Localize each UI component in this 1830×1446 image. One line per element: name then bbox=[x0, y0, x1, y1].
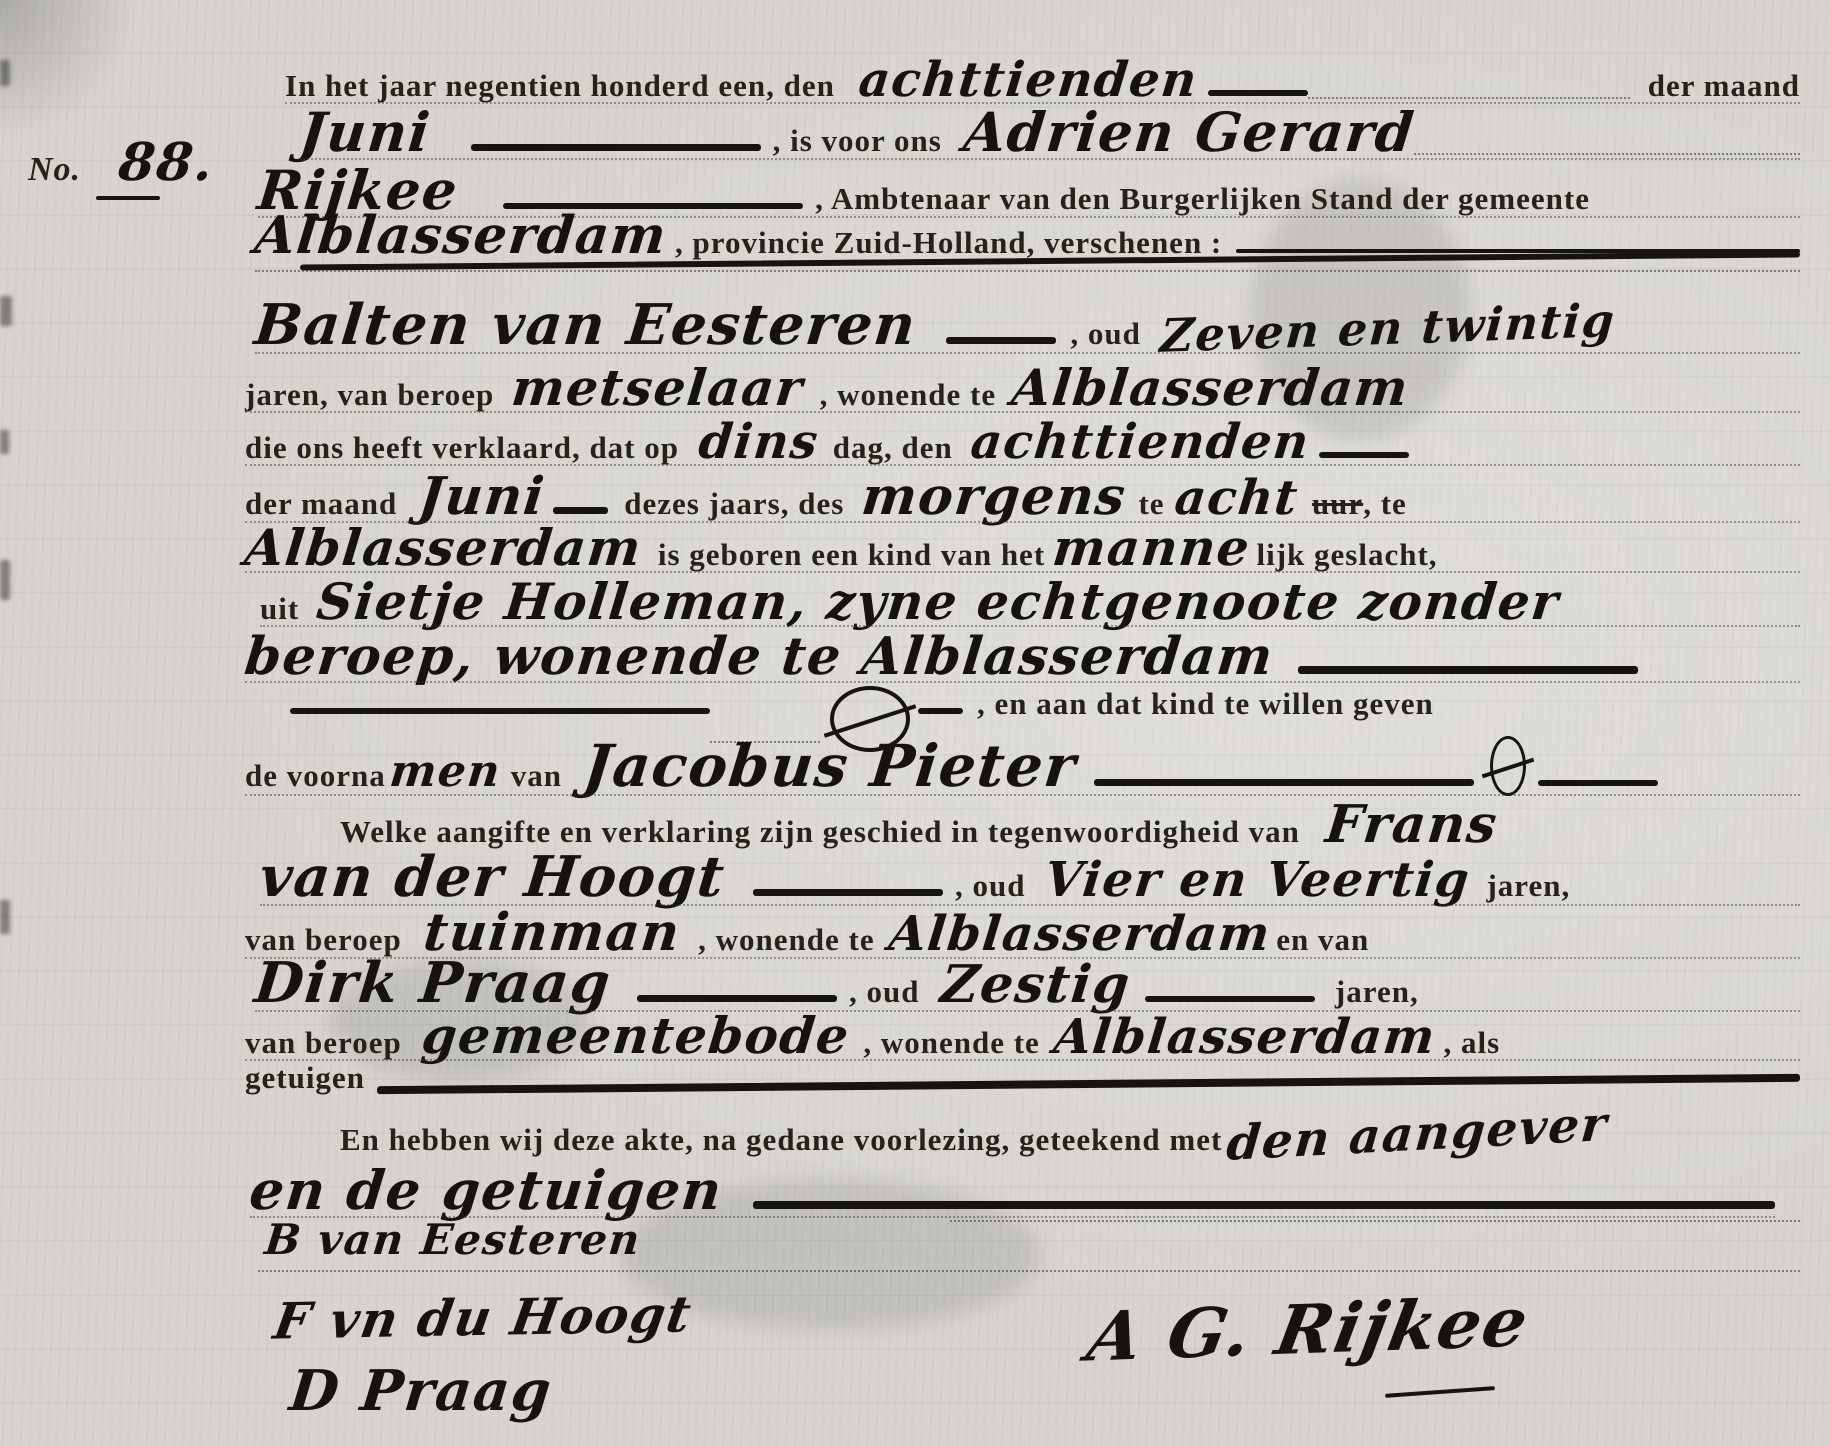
printed-text: dag, den bbox=[833, 430, 953, 466]
form-line-16: van der Hoogt , oud Vier en Veertig jare… bbox=[260, 844, 1800, 910]
edge-bleed-mark bbox=[0, 900, 10, 934]
entry-declarant-name: Balten van Eesteren bbox=[252, 292, 920, 358]
printed-text: , provincie Zuid-Holland, verschenen : bbox=[675, 225, 1222, 261]
ink-stroke bbox=[1145, 996, 1315, 1002]
edge-bleed-mark bbox=[0, 430, 9, 454]
ink-stroke bbox=[1319, 452, 1409, 458]
entry-weekday: dins bbox=[696, 414, 822, 470]
ink-flourish bbox=[1490, 736, 1526, 796]
ink-stroke bbox=[1385, 1386, 1495, 1398]
ink-stroke bbox=[1298, 666, 1638, 674]
printed-text: dezes jaars, des bbox=[624, 486, 844, 522]
printed-text: van beroep bbox=[245, 1025, 402, 1061]
signature-declarant-text: B van Eesteren bbox=[262, 1215, 643, 1264]
printed-text: , als bbox=[1444, 1025, 1501, 1061]
printed-text: die ons heeft verklaard, dat op bbox=[245, 430, 679, 466]
act-number-value: 88. bbox=[116, 132, 217, 193]
birth-certificate-scan: No. 88. In het jaar negentien honderd ee… bbox=[0, 0, 1830, 1446]
ink-stroke bbox=[1538, 780, 1658, 786]
printed-text: , en aan dat kind te willen geven bbox=[977, 686, 1434, 722]
signature-witness1: F vn du Hoogt bbox=[275, 1288, 691, 1347]
entry-month: Juni bbox=[297, 100, 434, 164]
dotted-leader bbox=[1308, 95, 1630, 99]
signature-witness2-text: D Praag bbox=[287, 1358, 556, 1424]
form-line-8: die ons heeft verklaard, dat op dins dag… bbox=[245, 414, 1800, 470]
ink-stroke bbox=[946, 337, 1056, 344]
printed-text: , oud bbox=[849, 974, 919, 1010]
ink-stroke bbox=[553, 507, 608, 514]
form-line-20: getuigen bbox=[245, 1060, 1800, 1096]
signature-registrar-text: A G. Rijkee bbox=[1081, 1282, 1535, 1377]
printed-text: , oud bbox=[955, 868, 1025, 904]
entry-voornamen-correction: men bbox=[387, 746, 503, 797]
ink-stroke bbox=[290, 708, 710, 714]
ink-stroke bbox=[637, 995, 837, 1002]
form-line-12: beroep, wonende te Alblasserdam bbox=[245, 626, 1800, 687]
entry-municipality: Alblasserdam bbox=[252, 205, 670, 266]
printed-text: , oud bbox=[1070, 316, 1140, 352]
ink-stroke bbox=[918, 708, 963, 714]
signature-declarant: B van Eesteren bbox=[265, 1215, 641, 1264]
entry-witness2-residence: Alblasserdam bbox=[1051, 1009, 1439, 1065]
act-number-label: No. bbox=[28, 151, 81, 189]
signature-registrar: A G. Rijkee bbox=[1090, 1290, 1527, 1370]
edge-bleed-mark bbox=[0, 296, 12, 326]
form-line-19: van beroep gemeentebode , wonende te Alb… bbox=[245, 1006, 1800, 1065]
ink-stroke bbox=[471, 144, 761, 151]
dotted-leader bbox=[950, 1218, 1800, 1222]
entry-birth-day: achttienden bbox=[968, 414, 1313, 470]
entry-gender: manne bbox=[1050, 518, 1254, 577]
printed-text: , te bbox=[1363, 486, 1407, 522]
printed-text: te bbox=[1138, 486, 1164, 522]
entry-registrar-first-names: Adrien Gerard bbox=[960, 100, 1417, 164]
form-line-6: Balten van Eesteren , oud Zeven en twint… bbox=[255, 292, 1800, 358]
entry-mother-name: Sietje Holleman, zyne echtgenoote zonder bbox=[314, 572, 1562, 631]
form-line-10: Alblasserdam is geboren een kind van het… bbox=[245, 518, 1800, 577]
printed-text: , is voor ons bbox=[773, 123, 942, 159]
printed-text: En hebben wij deze akte, na gedane voorl… bbox=[340, 1122, 1222, 1158]
ink-stroke bbox=[96, 196, 160, 200]
ink-stroke bbox=[1094, 779, 1474, 786]
form-line-7: jaren, van beroep metselaar , wonende te… bbox=[245, 358, 1800, 417]
entry-declarant-residence: Alblasserdam bbox=[1009, 358, 1412, 417]
printed-text: van bbox=[511, 758, 562, 794]
signature-witness2: D Praag bbox=[290, 1358, 552, 1424]
dotted-leader bbox=[1414, 151, 1800, 155]
printed-text: jaren, bbox=[1486, 868, 1570, 904]
edge-bleed-mark bbox=[0, 60, 10, 86]
ink-stroke bbox=[753, 1201, 1775, 1209]
entry-witness2-occupation: gemeentebode bbox=[419, 1006, 853, 1065]
entry-declarant-age: Zeven en twintig bbox=[1158, 293, 1617, 363]
form-line-11: uit Sietje Holleman, zyne echtgenoote zo… bbox=[260, 572, 1800, 631]
entry-child-names: Jacobus Pieter bbox=[580, 732, 1080, 800]
form-line-21: En hebben wij deze akte, na gedane voorl… bbox=[340, 1106, 1800, 1162]
printed-text: In het jaar negentien honderd een, den bbox=[285, 68, 835, 104]
printed-text: de voorna bbox=[245, 758, 386, 794]
ink-stroke bbox=[377, 1074, 1800, 1094]
printed-text: der maand bbox=[245, 486, 397, 522]
printed-text: , wonende te bbox=[820, 377, 996, 413]
form-line-22: en de getuigen bbox=[250, 1158, 1775, 1222]
entry-birthplace: Alblasserdam bbox=[242, 518, 645, 577]
entry-declarant-occupation: metselaar bbox=[509, 358, 807, 417]
printed-text-struck: uur bbox=[1312, 486, 1363, 522]
printed-text: lijk geslacht, bbox=[1256, 537, 1437, 573]
printed-text: uit bbox=[260, 591, 299, 627]
entry-and-the-witnesses: en de getuigen bbox=[247, 1158, 726, 1222]
printed-text: is geboren een kind van het bbox=[658, 537, 1045, 573]
entry-mother-details: beroep, wonende te Alblasserdam bbox=[242, 626, 1277, 687]
form-line-14: de voorna men van Jacobus Pieter bbox=[245, 732, 1800, 800]
dotted-leader bbox=[258, 1268, 1800, 1272]
entry-witness1-surname: van der Hoogt bbox=[257, 844, 729, 910]
dotted-leader bbox=[255, 268, 1800, 272]
printed-text: jaren, van beroep bbox=[245, 377, 494, 413]
edge-bleed-mark bbox=[0, 560, 10, 600]
act-number: No. 88. bbox=[28, 132, 214, 193]
printed-text: , wonende te bbox=[863, 1025, 1039, 1061]
printed-text: getuigen bbox=[245, 1060, 365, 1096]
ink-stroke bbox=[1208, 90, 1308, 96]
entry-witness1-age: Vier en Veertig bbox=[1043, 852, 1474, 908]
ink-stroke bbox=[753, 889, 943, 896]
signature-witness1-text: F vn du Hoogt bbox=[270, 1284, 697, 1350]
printed-text: jaren, bbox=[1335, 974, 1419, 1010]
form-line-2: Juni , is voor ons Adrien Gerard bbox=[300, 100, 1800, 164]
printed-text: der maand bbox=[1648, 68, 1800, 104]
